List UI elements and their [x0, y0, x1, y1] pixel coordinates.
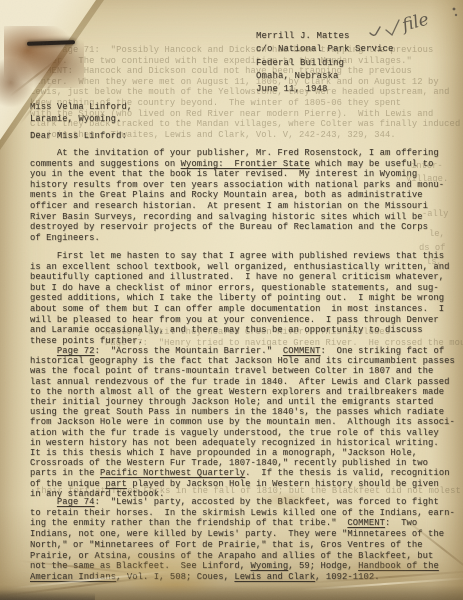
- typewritten-line: Miss Velma Linford,: [30, 102, 132, 114]
- typewritten-line: these points further.: [30, 336, 450, 347]
- typewritten-line: of Engineers.: [30, 233, 444, 244]
- typewritten-line: but I do have a checklist of minor error…: [30, 283, 450, 294]
- typewritten-line: Indians, not one, were killed by Lewis' …: [30, 529, 455, 540]
- ink-dot: [455, 14, 457, 16]
- typewritten-line: ing the enmity rather than the friendshi…: [30, 518, 455, 529]
- typewritten-line: ments in the Great Plains and Rocky Moun…: [30, 190, 444, 201]
- paragraph-page-72-comment: Page 72: "Across the Mountain Barrier." …: [30, 346, 455, 499]
- handwritten-file-note: file: [358, 0, 463, 44]
- typewritten-line: of the unique part played by Jackson Hol…: [30, 479, 455, 489]
- typewritten-line: Page 72: "Across the Mountain Barrier." …: [30, 346, 455, 356]
- typewritten-line: First let me hasten to say that I agree …: [30, 251, 450, 262]
- typewritten-line: to the north almost all of the great Wes…: [30, 387, 455, 397]
- typewritten-line: At the invitation of your publisher, Mr.…: [30, 148, 444, 159]
- typewritten-line: historical geography is the fact that Ja…: [30, 356, 455, 366]
- checkmark-stroke-icon: [386, 20, 399, 35]
- typewritten-line: you in the event that the book is later …: [30, 169, 444, 180]
- typewritten-line: Crossroads of the Western Fur Trade, 180…: [30, 458, 455, 468]
- typewritten-line: destroyed by reservoir projects of the B…: [30, 222, 444, 233]
- typewritten-line: their initial journey through Jackson Ho…: [30, 397, 455, 407]
- typewritten-line: Federal Building: [256, 57, 394, 70]
- ghost-text-block: Page 71: "Possibly Hancock and Dickson h…: [30, 45, 460, 140]
- typewritten-line: COMMENT: Hancock and Dickson could not h…: [30, 66, 460, 77]
- checkmark-stroke-icon: [370, 27, 380, 35]
- typewritten-line: Page 71: "Possibly Hancock and Dickson h…: [30, 45, 460, 56]
- rust-stain: [0, 55, 36, 110]
- typewritten-line: beautifully captioned and illustrated. I…: [30, 272, 450, 283]
- typewritten-line: history results from over ten years asso…: [30, 180, 444, 191]
- typewritten-line: Page 74: "Lewis' party, accosted by the …: [30, 497, 455, 508]
- typewritten-line: Omaha, Nebraska: [256, 70, 394, 83]
- typewritten-line: River Basin Surveys, recording and salva…: [30, 212, 444, 223]
- typewritten-line: Lewis, just below the mouth of the Yello…: [30, 87, 460, 98]
- typewritten-line: parts in the Pacific Northwest Quarterly…: [30, 468, 455, 478]
- typewritten-line: c/o National Park Service: [256, 43, 394, 56]
- typewritten-line: winter. When they were met on August 11,…: [30, 77, 460, 88]
- recipient-address: Miss Velma Linford,Laramie, Wyoming.: [30, 102, 132, 125]
- typewritten-line: comments and suggestions on Wyoming: Fro…: [30, 159, 444, 170]
- typewritten-line: last annual rendezvous of the fur trade …: [30, 377, 455, 387]
- typewritten-line: in western history has not been adequate…: [30, 438, 455, 448]
- typewritten-line: It is this thesis which I have propounde…: [30, 448, 455, 458]
- typewritten-line: was the focal point of trans-mountain tr…: [30, 366, 455, 376]
- typewritten-line: will be pleased to hear from you at your…: [30, 315, 450, 326]
- typewritten-line: about some of them but I can offer ample…: [30, 304, 450, 315]
- paper-stain: [255, 490, 315, 510]
- typewritten-line: using the great South Pass in numbers in…: [30, 407, 455, 417]
- typewritten-line: from Jackson Hole were in common use by …: [30, 417, 455, 427]
- typewritten-line: is an excellent school textbook, well or…: [30, 262, 450, 273]
- handwritten-word: file: [398, 10, 431, 37]
- typewritten-line: to retain their horses. In the skirmish …: [30, 508, 455, 519]
- typewritten-line: June 11, 1948: [256, 83, 394, 96]
- typewritten-line: and Laramie occasionally, and there may …: [30, 325, 450, 336]
- paragraph-intro: At the invitation of your publisher, Mr.…: [30, 148, 444, 243]
- typewritten-line: gested additions, which I take the liber…: [30, 293, 450, 304]
- salutation: Dear Miss Linford:: [30, 131, 127, 142]
- typewritten-line: winter. The two continued with the exped…: [30, 56, 460, 67]
- typewritten-line: ation with the fur trade is vaguely unde…: [30, 428, 455, 438]
- letter-scan: Page 71: "Possibly Hancock and Dickson h…: [0, 0, 463, 600]
- paragraph-praise: First let me hasten to say that I agree …: [30, 251, 450, 346]
- typewritten-line: Laramie, Wyoming.: [30, 114, 132, 126]
- typewritten-line: officer and research historian. At prese…: [30, 201, 444, 212]
- ink-dot: [453, 8, 456, 11]
